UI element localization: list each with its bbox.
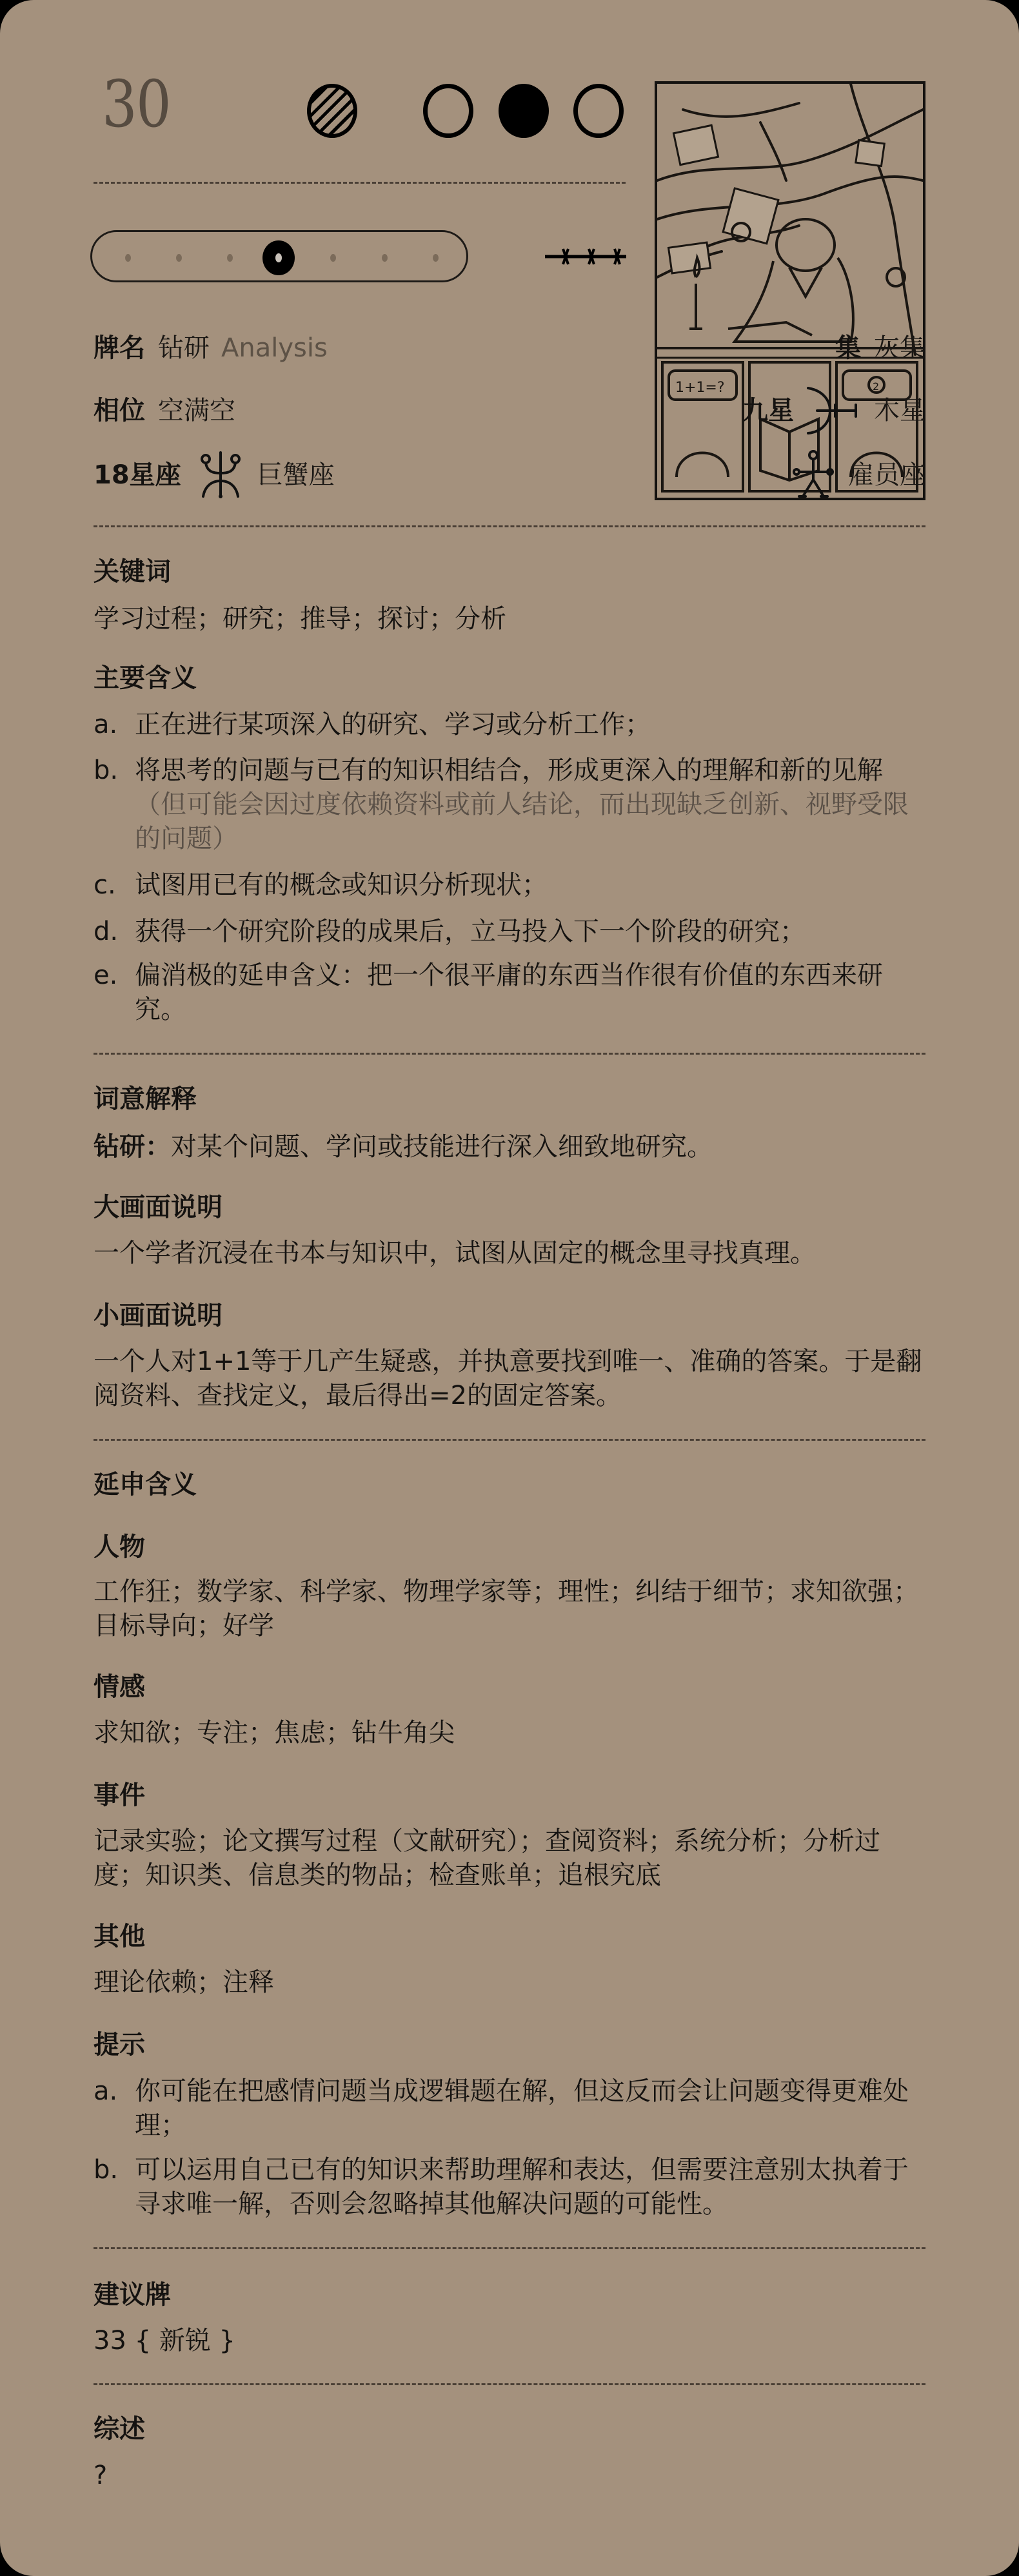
summary-title: 综述 — [94, 2414, 145, 2444]
summary-text: ? — [94, 2459, 925, 2493]
tarot-card-detail: 30 — [0, 0, 1019, 2576]
card-content-5: 综述 ? — [94, 0, 925, 2576]
